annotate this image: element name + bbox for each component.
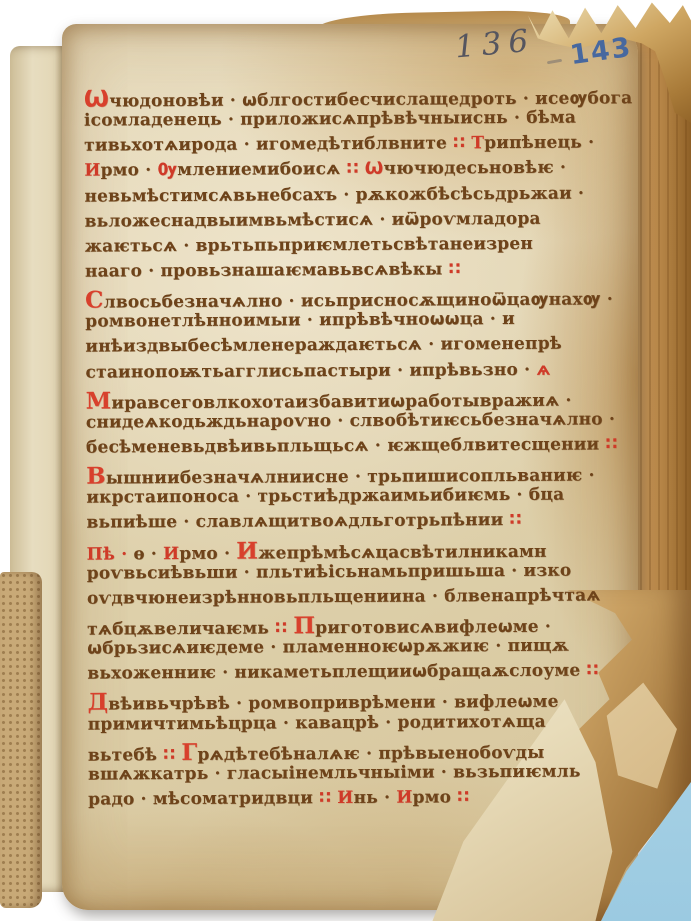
manuscript-line: Вышниибезначѧлниисне · трьпишисопльваниѥ… [86,460,600,488]
ink-text-segment: нь · [353,788,396,808]
ink-text-segment: ісомладенець · приложисѧпрѣвѣчныиснь · б… [84,108,576,131]
manuscript-line: роѵвьсиѣвьши · пльтиѣісьнамьпришьша · из… [87,560,601,588]
ink-text-segment: вьтебѣ [88,745,163,765]
ink-text-segment: роѵвьсиѣвьши · пльтиѣісьнамьпришьша · из… [87,560,572,583]
rubric-text-segment: ∷ [605,434,617,454]
rubric-text-segment: И [163,544,179,564]
rubric-text-segment: Ѡ [84,85,110,112]
ink-text-segment: оѵдвчюнеизрѣнновьпльщениина · блвенапрѣч… [87,585,601,608]
manuscript-line: Слвосьбезначѧлно · исьприсносѫщиноѿцаѹна… [85,284,599,312]
ink-text-segment: жаѥтьсѧ · врьтьпьприѥмлетьсвѣтанеизрен [85,234,533,257]
ink-text-segment: бесѣменевьдвѣивьпльщьсѧ · ѥжщеблвитесщен… [86,434,606,457]
manuscript-line: тивьхотѧирода · игомедѣтиблвните ∷ Трипѣ… [84,133,598,161]
manuscript-line: стаинопоѭтьагглисьпастыри · ипрѣвьзно · … [85,359,599,387]
ink-text-segment: тѧбцѫвеличаѥмь [87,618,275,639]
rubric-text-segment: Д [87,689,108,716]
manuscript-line: тѧбцѫвеличаѥмь ∷ Приготовисѧвифлеѡме · [87,610,601,638]
rubric-text-segment: ∷ [319,788,331,808]
ink-text-segment: рмо [412,787,457,807]
manuscript-line: вьтебѣ ∷ Грѧдѣтебѣналѧѥ · прѣвыенобоѵды [88,736,602,764]
ink-text-segment: лвосьбезначѧлно · исьприсносѫщиноѿцаѹнах… [104,289,613,312]
manuscript-line: Миравсеговлкохотаизбавитиѡработывражиѧ · [86,384,600,412]
folio-number-pencil: 136 [454,23,537,66]
ink-text-segment: млениемибоисѧ [177,159,346,180]
ink-text-segment: икрстаипоноса · трьстиѣдржаимьибиѥмь · б… [86,485,564,508]
rubric-text-segment: Ѡ [365,159,384,179]
manuscript-line: вьхоженниѥ · никаметьплещииѡбращаѫслоуме… [87,661,601,689]
ink-text-segment: снидеѧкодьждьнароѵно · слвобѣтиѥсьбезнач… [86,409,615,432]
rubric-text-segment: И [337,788,353,808]
ink-text-segment: стаинопоѭтьагглисьпастыри · ипрѣвьзно · [85,359,536,382]
rubric-text-segment: ∷ [457,787,469,807]
rubric-text-segment: ∷ [347,159,359,179]
ink-text-segment: рипѣнець · [484,133,594,154]
manuscript-line: вьложеснадвыимвьмѣстисѧ · иѿроѵмладора [85,208,599,236]
manuscript-line: вьпиѣше · славлѧщитвоѧдльготрьпѣнии ∷ [86,510,600,538]
manuscript-line: невьмѣстимсѧвьнебсахъ · рѫкожбѣсѣсьдрьжа… [84,183,598,211]
ink-text-segment: риготовисѧвифлеѡме · [315,617,551,638]
rubric-text-segment: И [236,537,258,564]
ink-text-segment: вшѧжкатрь · гласыінемльчныіми · вьзьпиѥм… [88,761,581,784]
manuscript-scan: 136 143 Ѡчюдоновѣи · ѡблгостибесчислащед… [0,0,691,921]
rubric-text-segment: М [86,387,112,414]
ink-text-segment: тивьхотѧирода · игомедѣтиблвните [84,134,453,156]
manuscript-line: примичтимьѣцрца · кавацрѣ · родитихотѧща [88,711,602,739]
manuscript-line: радо · мѣсоматридвци ∷ Инь · Ирмо ∷ [88,786,602,814]
ink-text-segment: рмо · [101,161,158,181]
rubric-text-segment: С [85,287,104,314]
manuscript-line: бесѣменевьдвѣивьпльщьсѧ · ѥжщеблвитесщен… [86,434,600,462]
ink-text-segment: примичтимьѣцрца · кавацрѣ · родитихотѧща [88,711,546,734]
ink-text-segment: ѳ · [133,544,163,564]
rubric-text-segment: ∷ [453,134,465,154]
rubric-text-segment: ∷ [509,510,521,530]
manuscript-text-block: Ѡчюдоновѣи · ѡблгостибесчислащедроть · и… [84,82,602,814]
manuscript-line: оѵдвчюнеизрѣнновьпльщениина · блвенапрѣч… [87,585,601,613]
manuscript-line: инѣиздвыбесѣмленераждаѥтьсѧ · игоменепрѣ [85,334,599,362]
binding-spine-texture [0,572,42,908]
ink-text-segment: радо · мѣсоматридвци [88,788,319,809]
ink-text-segment: нааго · провьзнашаѥмавьвсѧвѣкы [85,259,449,281]
manuscript-line: вшѧжкатрь · гласыінемльчныіми · вьзьпиѥм… [88,761,602,789]
ink-text-segment: вьхоженниѥ · никаметьплещииѡбращаѫслоуме [87,661,586,684]
rubric-text-segment: ∷ [448,259,460,279]
ink-text-segment: ѡбрьзисѧиѥдеме · пламенноѥѡрѫжиѥ · пищѫ [87,636,569,659]
rubric-text-segment: П [293,612,315,639]
manuscript-line: Двѣивьчрѣвѣ · ромвоприврѣмени · вифлеѡме [87,686,601,714]
rubric-text-segment: Ѹ [157,160,177,180]
manuscript-line: нааго · провьзнашаѥмавьвсѧвѣкы ∷ [85,258,599,286]
rubric-text-segment: ∷ [163,745,175,765]
manuscript-line: ѡбрьзисѧиѥдеме · пламенноѥѡрѫжиѥ · пищѫ [87,636,601,664]
rubric-text-segment: Т [471,133,484,153]
rubric-text-segment: ѧ [536,359,550,379]
ink-text-segment: инѣиздвыбесѣмленераждаѥтьсѧ · игоменепрѣ [85,334,562,357]
ink-text-segment: чючюдесьновѣѥ · [383,158,566,179]
ink-text-segment: ромвонетлѣнноимыи · ипрѣвѣчноѡѡца · и [85,309,515,332]
rubric-text-segment: В [86,463,106,490]
rubric-text-segment: ∷ [275,618,287,638]
manuscript-line: ісомладенець · приложисѧпрѣвѣчныиснь · б… [84,108,598,136]
manuscript-line: снидеѧкодьждьнароѵно · слвобѣтиѥсьбезнач… [86,409,600,437]
manuscript-line: Пѣ · ѳ · Ирмо · Ижепрѣмѣсѧцасвѣтилникамн [87,535,601,563]
rubric-text-segment: И [396,788,412,808]
ink-text-segment: вьпиѣше · славлѧщитвоѧдльготрьпѣнии [86,510,509,533]
rubric-text-segment: Г [181,739,197,766]
ink-text-segment: рмо · [179,543,236,563]
ink-text-segment: вьложеснадвыимвьмѣстисѧ · иѿроѵмладора [85,208,541,231]
manuscript-line: икрстаипоноса · трьстиѣдржаимьибиѥмь · б… [86,485,600,513]
rubric-text-segment: Пѣ · [87,544,134,564]
manuscript-line: ромвонетлѣнноимыи · ипрѣвѣчноѡѡца · и [85,309,599,337]
manuscript-line: жаѥтьсѧ · врьтьпьприѥмлетьсвѣтанеизрен [85,233,599,261]
rubric-text-segment: ∷ [586,661,598,681]
rubric-text-segment: И [84,161,100,181]
ink-text-segment: невьмѣстимсѧвьнебсахъ · рѫкожбѣсѣсьдрьжа… [84,183,584,206]
manuscript-line: Ирмо · Ѹмлениемибоисѧ ∷ Ѡчючюдесьновѣѥ · [84,158,598,186]
manuscript-line: Ѡчюдоновѣи · ѡблгостибесчислащедроть · и… [84,82,598,110]
